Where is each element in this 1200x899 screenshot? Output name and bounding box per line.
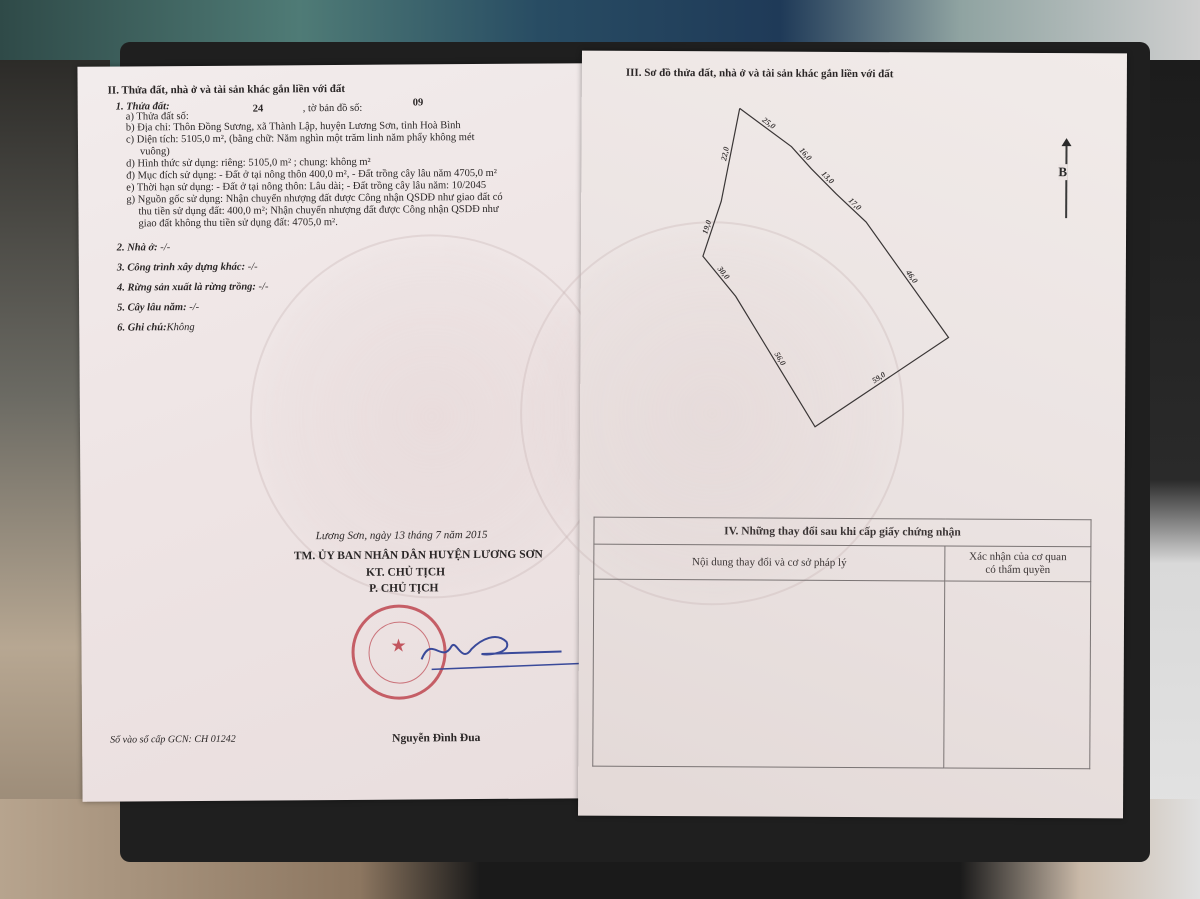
signer-role-1: KT. CHỦ TỊCH: [366, 566, 445, 579]
star-icon: ★: [390, 636, 406, 657]
edge-length-label: 17,0: [847, 196, 863, 212]
area-line-2: vuông): [140, 146, 170, 159]
origin-line-3: giao đất không thu tiền sử dụng đất: 470…: [139, 217, 338, 231]
arrow-up-icon: [1062, 138, 1072, 146]
edge-length-label: 56,0: [773, 350, 788, 367]
edge-length-label: 16,0: [798, 146, 814, 162]
area-line-1: c) Diện tích: 5105,0 m², (bằng chữ: Năm …: [126, 132, 475, 147]
item-house: 2. Nhà ở: -/-: [117, 242, 171, 255]
issue-date: Lương Sơn, ngày 13 tháng 7 năm 2015: [316, 529, 488, 543]
issuing-authority: TM. ỦY BAN NHÂN DÂN HUYỆN LƯƠNG SƠN: [294, 549, 543, 563]
registry-number: Số vào sổ cấp GCN: CH 01242: [110, 734, 236, 747]
edge-length-label: 46,0: [903, 267, 919, 284]
signer-name: Nguyễn Đình Đua: [392, 732, 480, 745]
section-ii-title: II. Thửa đất, nhà ở và tài sản khác gắn …: [108, 83, 346, 97]
edge-length-label: 13,0: [820, 169, 836, 185]
land-parcel-diagram: 25,016,013,017,046,059,056,030,019,022,0: [690, 96, 972, 447]
item-notes: 6. Ghi chú:Không: [117, 322, 194, 335]
changes-table: IV. Những thay đổi sau khi cấp giấy chứn…: [592, 517, 1091, 770]
changes-table-title: IV. Những thay đổi sau khi cấp giấy chứn…: [594, 517, 1091, 547]
north-label: B: [1058, 164, 1067, 180]
changes-col-confirmation: Xác nhận của cơ quancó thẩm quyền: [945, 546, 1091, 582]
signer-role-2: P. CHỦ TỊCH: [369, 582, 438, 595]
item-perennial-trees: 5. Cây lâu năm: -/-: [117, 302, 199, 315]
map-sheet-label: , tờ bản đồ số:: [303, 103, 363, 116]
signature: [411, 623, 591, 679]
item-other-construction: 3. Công trình xây dựng khác: -/-: [117, 262, 258, 275]
edge-length-label: 59,0: [870, 370, 887, 385]
changes-col-content: Nội dung thay đổi và cơ sở pháp lý: [594, 544, 945, 581]
certificate-left-page: II. Thửa đất, nhà ở và tài sản khác gắn …: [77, 63, 597, 802]
changes-confirmation-cell: [944, 581, 1091, 769]
changes-content-cell: [593, 579, 945, 768]
map-sheet-number: 09: [413, 97, 424, 110]
certificate-right-page: III. Sơ đồ thửa đất, nhà ở và tài sản kh…: [578, 51, 1127, 819]
section-iii-title: III. Sơ đồ thửa đất, nhà ở và tài sản kh…: [626, 67, 894, 81]
item-production-forest: 4. Rừng sản xuất là rừng trồng: -/-: [117, 281, 269, 295]
north-arrow: B: [1056, 138, 1076, 218]
edge-length-label: 25,0: [760, 115, 777, 131]
edge-length-label: 30,0: [715, 264, 731, 281]
parcel-number: 24: [253, 104, 264, 117]
